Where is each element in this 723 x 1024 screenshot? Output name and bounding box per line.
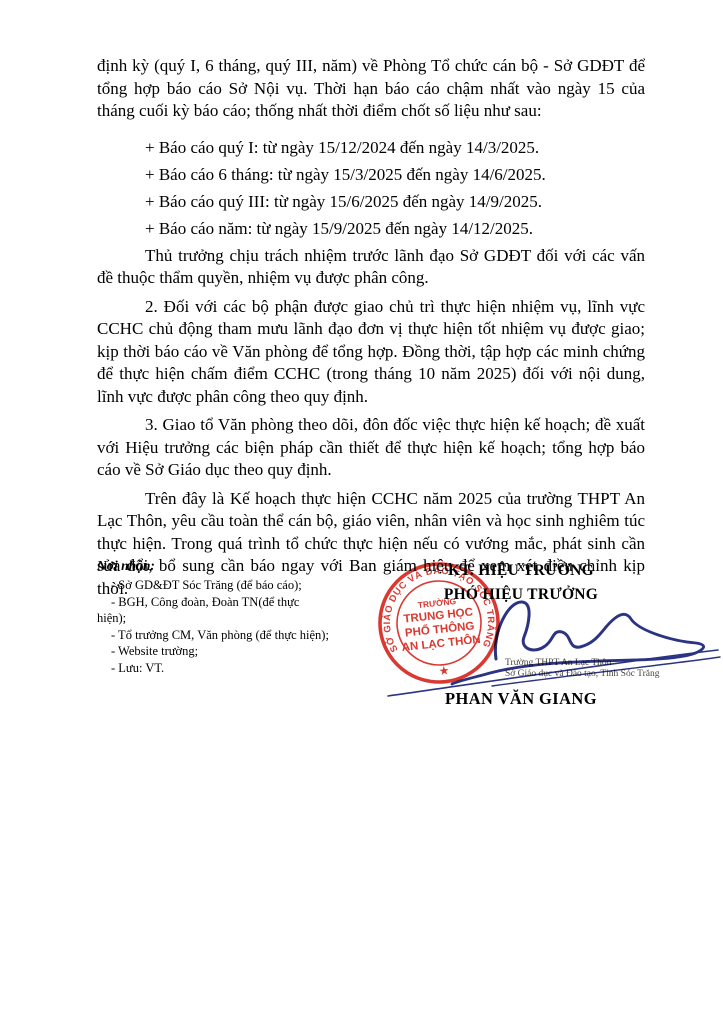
paragraph-task-2: 2. Đối với các bộ phận được giao chủ trì… — [97, 296, 645, 409]
signature-stroke-main — [495, 602, 606, 659]
report-period-q3: + Báo cáo quý III: từ ngày 15/6/2025 đến… — [97, 191, 645, 214]
recipient-line: - Sở GD&ĐT Sóc Trăng (để báo cáo); — [97, 577, 367, 594]
recipients-heading: Nơi nhận: — [97, 558, 367, 574]
recipients-block: Nơi nhận: - Sở GD&ĐT Sóc Trăng (để báo c… — [97, 558, 367, 676]
document-page: định kỳ (quý I, 6 tháng, quý III, năm) v… — [0, 0, 723, 1024]
paragraph-task-3: 3. Giao tổ Văn phòng theo dõi, đôn đốc v… — [97, 414, 645, 482]
signature-ink-svg — [380, 593, 723, 705]
recipient-line: - Tổ trưởng CM, Văn phòng (để thực hiện)… — [97, 627, 367, 644]
paragraph-intro: định kỳ (quý I, 6 tháng, quý III, năm) v… — [97, 55, 645, 123]
recipient-line: - Website trường; — [97, 643, 367, 660]
report-period-6m: + Báo cáo 6 tháng: từ ngày 15/3/2025 đến… — [97, 164, 645, 187]
document-footer: Nơi nhận: - Sở GD&ĐT Sóc Trăng (để báo c… — [0, 556, 723, 736]
recipient-line: - BGH, Công đoàn, Đoàn TN(để thực — [97, 594, 367, 611]
report-period-q1: + Báo cáo quý I: từ ngày 15/12/2024 đến … — [97, 137, 645, 160]
recipient-line-continuation: hiện); — [97, 610, 367, 627]
paragraph-responsibility: Thủ trưởng chịu trách nhiệm trước lãnh đ… — [97, 245, 645, 290]
signature-stroke-flourish — [452, 614, 704, 684]
report-period-year: + Báo cáo năm: từ ngày 15/9/2025 đến ngà… — [97, 218, 645, 241]
signature-stroke-underline-1 — [388, 650, 718, 696]
recipient-line: - Lưu: VT. — [97, 660, 367, 677]
document-body: định kỳ (quý I, 6 tháng, quý III, năm) v… — [97, 55, 645, 606]
